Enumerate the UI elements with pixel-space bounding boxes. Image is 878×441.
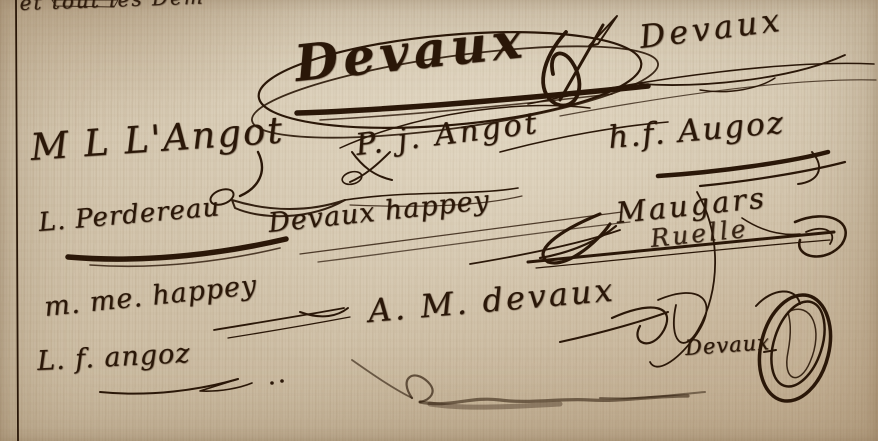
cutoff-top-bar: [52, 0, 118, 7]
flourish-mme-happey: [214, 308, 350, 385]
flourish-lf-angoz-underline: [100, 379, 252, 394]
flourish-central-devaux: [247, 16, 876, 156]
flourish-devaux-top-right: [640, 55, 845, 92]
manuscript-scan: et tout les Dem Devaux Devaux M L L'Ango…: [0, 0, 878, 441]
flourish-langot-paraph: [208, 152, 518, 216]
flourish-hf-augoz: [658, 152, 845, 186]
flourish-am-devaux: [560, 293, 707, 367]
flourish-perdereau-underline: [68, 239, 286, 266]
illegible-faded-signature-scribble: [352, 360, 705, 407]
margin-line: [16, 0, 18, 441]
flourish-maugars-ruelle: [528, 192, 846, 343]
flourish-devaux-bottom-right-paraph: [749, 287, 841, 408]
ink-flourishes-overlay: [0, 0, 878, 441]
